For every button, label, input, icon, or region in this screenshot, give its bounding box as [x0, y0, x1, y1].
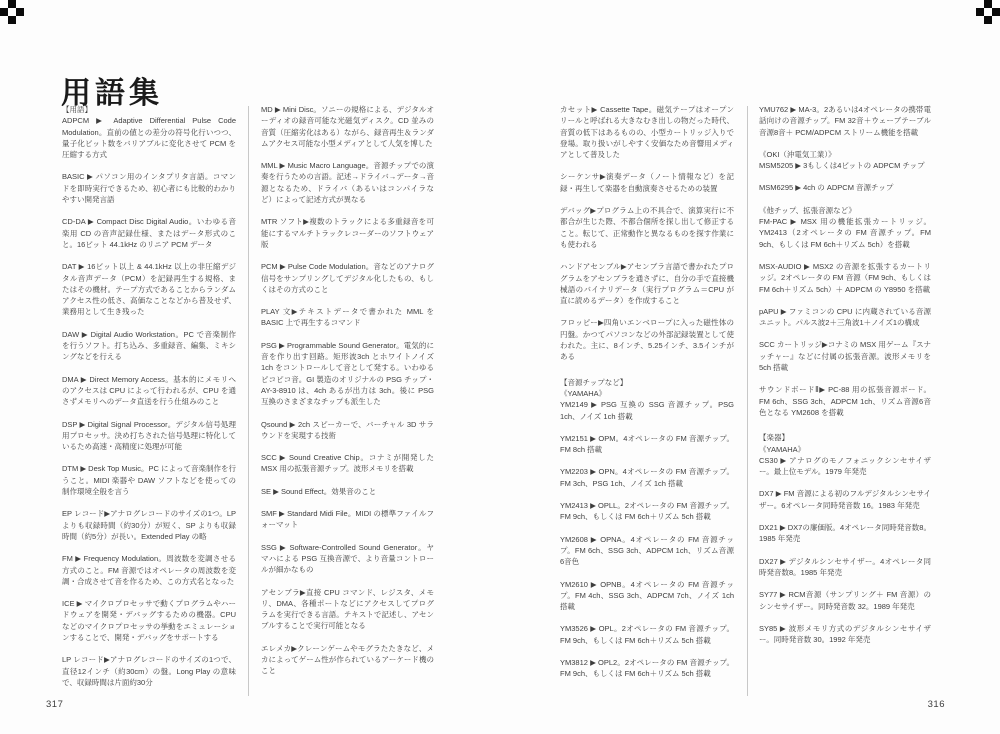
glossary-entry: SCC カートリッジ▶コナミの MSX 用ゲーム『スナッチャー』などに付属の拡張…	[759, 339, 931, 373]
glossary-entry: デバッグ▶プログラム上の不具合で、演算実行に不都合が生じた際、不都合個所を探し出…	[560, 205, 734, 250]
glossary-entry: DX7 ▶ FM 音源による初のフルデジタルシンセサイザー。6オペレータ同時発音…	[759, 488, 931, 511]
glossary-entry: フロッピー▶四角いエンベロープに入った磁性体の円盤。かつてパソコンなどの外部記録…	[560, 317, 734, 362]
glossary-entry: エレメカ▶クレーンゲームやモグラたたきなど、メカによってゲーム性が作られているア…	[261, 643, 434, 677]
glossary-entry: ハンドアセンブル▶アセンブラ言語で書かれたプログラムをアセンブラを通さずに、自分…	[560, 261, 734, 306]
glossary-entry: EP レコード▶アナログレコードのサイズの1つ。LP よりも収録時間（約30分）…	[62, 508, 236, 542]
glossary-entry: SCC ▶ Sound Creative Chip。コナミが開発した MSX 用…	[261, 452, 434, 475]
glossary-entry: YM2151 ▶ OPM。4オペレータの FM 音源チップ。FM 8ch 搭載	[560, 433, 734, 456]
glossary-entry: SMF ▶ Standard Midi File。MIDI の標準ファイルフォー…	[261, 508, 434, 531]
glossary-entry: シーケンサ▶演奏データ（ノート情報など）を記録・再生して楽器を自動演奏させるため…	[560, 171, 734, 194]
page-number-left: 317	[46, 699, 63, 710]
column-divider	[248, 106, 249, 696]
glossary-entry: PSG ▶ Programmable Sound Generator。電気的に音…	[261, 340, 434, 408]
glossary-entry: ICE ▶ マイクロプロセッサで動くプログラムやハードウェアを開発・デバッグする…	[62, 598, 236, 643]
glossary-entry: MML ▶ Music Macro Language。音源チップでの演奏を行うた…	[261, 160, 434, 205]
section-heading: 【楽器】	[759, 432, 931, 443]
glossary-entry: アセンブラ▶直接 CPU コマンド、レジスタ、メモリ、DMA、各種ポートなどにア…	[261, 587, 434, 632]
glossary-column-2: MD ▶ Mini Disc。ソニーの規格による、デジタルオーディオの録音可能な…	[261, 104, 434, 688]
glossary-entry: MTR ソフト▶複数のトラックによる多重録音を可能にするマルチトラックレコーダー…	[261, 216, 434, 250]
glossary-entry: DX27 ▶ デジタルシンセサイザー。4オペレータ同時発音数8。1985 年発売	[759, 556, 931, 579]
glossary-entry: YM2149 ▶ PSG 互換の SSG 音源チップ。PSG 1ch、ノイズ 1…	[560, 399, 734, 422]
glossary-entry: SY77 ▶ RCM音源（サンプリング＋ FM 音源）のシンセサイザー。同時発音…	[759, 589, 931, 612]
glossary-entry: カセット▶ Cassette Tape。磁気テープはオープンリールと呼ばれる大き…	[560, 104, 734, 160]
group-heading: 《他チップ、拡張音源など》	[759, 205, 931, 216]
glossary-entry: Qsound ▶ 2ch スピーカーで、バーチャル 3D サラウンドを実現する技…	[261, 419, 434, 442]
glossary-entry: YM3526 ▶ OPL。2オペレータの FM 音源チップ。FM 9ch、もしく…	[560, 623, 734, 646]
glossary-entry: DAW ▶ Digital Audio Workstation。PC で音楽制作…	[62, 329, 236, 363]
glossary-entry: SY85 ▶ 波形メモリ方式のデジタルシンセサイザー。同時発音数 30。1992…	[759, 623, 931, 646]
glossary-entry: MSM6295 ▶ 4ch の ADPCM 音源チップ	[759, 182, 931, 193]
glossary-entry: PCM ▶ Pulse Code Modulation。音などのアナログ信号をサ…	[261, 261, 434, 295]
glossary-entry: FM ▶ Frequency Modulation。周波数を変調させる方式のこと…	[62, 553, 236, 587]
glossary-entry: ADPCM ▶ Adaptive Differential Pulse Code…	[62, 115, 236, 160]
glossary-entry: DAT ▶ 16ビット以上 & 44.1kHz 以上の非圧縮デジタル音声データ（…	[62, 261, 236, 317]
glossary-column-3: カセット▶ Cassette Tape。磁気テープはオープンリールと呼ばれる大き…	[560, 104, 734, 691]
glossary-entry: YM2608 ▶ OPNA。4オペレータの FM 音源チップ。FM 6ch、SS…	[560, 534, 734, 568]
glossary-entry: SE ▶ Sound Effect。効果音のこと	[261, 486, 434, 497]
registration-mark-right-icon	[976, 0, 1000, 24]
glossary-entry: DX21 ▶ DX7の廉価版。4オペレータ同時発音数8。1985 年発売	[759, 522, 931, 545]
glossary-entry: DMA ▶ Direct Memory Access。基本的にメモリへのアクセス…	[62, 374, 236, 408]
glossary-column-1: 【用語】ADPCM ▶ Adaptive Differential Pulse …	[62, 104, 236, 699]
group-heading: 《YAMAHA》	[759, 444, 931, 455]
glossary-entry: PLAY 文▶テキストデータで書かれた MML を BASIC 上で再生するコマ…	[261, 306, 434, 329]
glossary-entry: CD-DA ▶ Compact Disc Digital Audio。いわゆる音…	[62, 216, 236, 250]
glossary-entry: LP レコード▶アナログレコードのサイズの1つで、直径12インチ（約30cm）の…	[62, 654, 236, 688]
glossary-entry: サウンドボードⅡ▶ PC-88 用の拡張音源ボード。FM 6ch、SSG 3ch…	[759, 384, 931, 418]
glossary-entry: FM-PAC ▶ MSX 用の機能拡張カートリッジ。YM2413（2オペレータの…	[759, 216, 931, 250]
glossary-entry: YMU762 ▶ MA-3。2あるいは4オペレータの携帯電話向けの音源チップ。F…	[759, 104, 931, 138]
page-number-right: 316	[928, 699, 945, 710]
glossary-entry: MD ▶ Mini Disc。ソニーの規格による、デジタルオーディオの録音可能な…	[261, 104, 434, 149]
glossary-entry: BASIC ▶ パソコン用のインタプリタ言語。コマンドを即時実行できるため、初心…	[62, 171, 236, 205]
registration-mark-left-icon	[0, 0, 24, 24]
group-heading: 《OKI（沖電気工業）》	[759, 149, 931, 160]
glossary-entry: YM2610 ▶ OPNB。4オペレータの FM 音源チップ。FM 4ch、SS…	[560, 579, 734, 613]
glossary-entry: YM3812 ▶ OPL2。2オペレータの FM 音源チップ。FM 9ch、もし…	[560, 657, 734, 680]
glossary-entry: CS30 ▶ アナログのモノフォニックシンセサイザー。最上位モデル。1979 年…	[759, 455, 931, 478]
glossary-entry: DSP ▶ Digital Signal Processor。デジタル信号処理用…	[62, 419, 236, 453]
glossary-entry: YM2203 ▶ OPN。4オペレータの FM 音源チップ。FM 3ch、PSG…	[560, 466, 734, 489]
section-heading: 【音源チップなど】	[560, 377, 734, 388]
glossary-column-4: YMU762 ▶ MA-3。2あるいは4オペレータの携帯電話向けの音源チップ。F…	[759, 104, 931, 656]
group-heading: 《YAMAHA》	[560, 388, 734, 399]
glossary-entry: YM2413 ▶ OPLL。2オペレータの FM 音源チップ。FM 9ch、もし…	[560, 500, 734, 523]
glossary-entry: pAPU ▶ ファミコンの CPU に内蔵されている音源ユニット。パルス波2＋三…	[759, 306, 931, 329]
glossary-entry: MSX-AUDIO ▶ MSX2 の音源を拡張するカートリッジ。2オペレータの …	[759, 261, 931, 295]
glossary-entry: DTM ▶ Desk Top Music。PC によって音楽制作を行うこと。MI…	[62, 463, 236, 497]
column-divider	[747, 106, 748, 696]
glossary-entry: SSG ▶ Software-Controlled Sound Generato…	[261, 542, 434, 576]
section-heading: 【用語】	[62, 104, 236, 115]
glossary-entry: MSM5205 ▶ 3もしくは4ビットの ADPCM チップ	[759, 160, 931, 171]
